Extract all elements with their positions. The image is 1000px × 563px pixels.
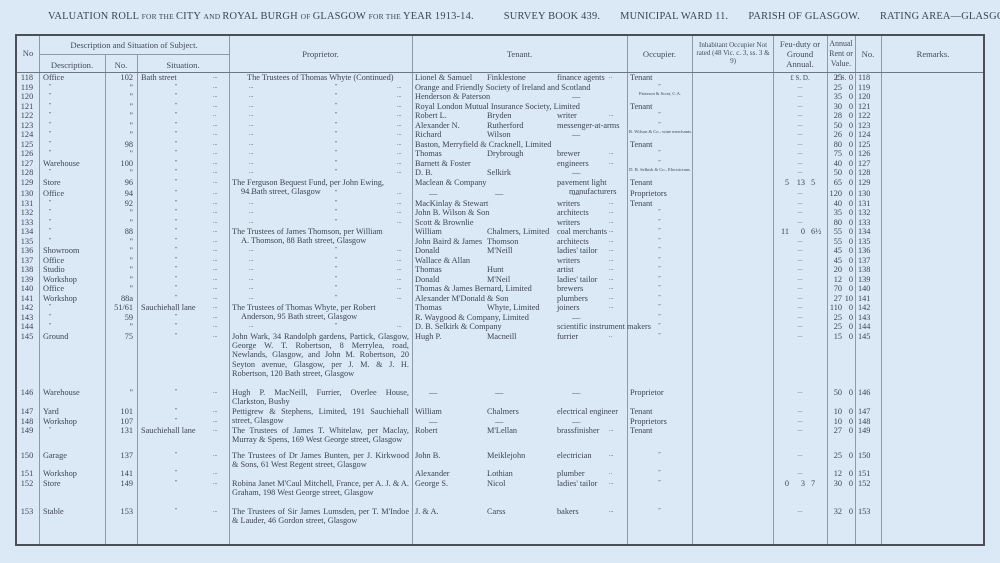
rent-shillings: 0: [844, 256, 853, 265]
rent-pounds: 27: [825, 294, 842, 303]
street-number: ": [105, 92, 133, 101]
rent-pounds: 20: [825, 265, 842, 274]
description: ": [49, 130, 51, 139]
occupier: ": [627, 275, 692, 284]
tenant-dots: ..: [609, 73, 612, 82]
description: Stable: [43, 507, 64, 516]
rent-shillings: 0: [844, 178, 853, 187]
rent-pounds: 50: [825, 168, 842, 177]
rent-pounds: 25: [825, 451, 842, 460]
rent-pounds: 27: [825, 426, 842, 435]
tenant-name: Robert L.: [415, 111, 447, 120]
tenant-dots: ...: [609, 159, 614, 168]
situation: ": [175, 149, 177, 158]
rent-shillings: 0: [844, 111, 853, 120]
row-number-right: 128: [858, 168, 870, 177]
row-number: 142: [17, 303, 37, 312]
occupier: ": [627, 294, 692, 303]
tenant-dots: ...: [609, 479, 614, 488]
row-number-right: 122: [858, 111, 870, 120]
tenant-surname: —: [495, 417, 503, 426]
street-number: ": [105, 246, 133, 255]
occupier: ": [627, 479, 692, 488]
row-number: 129: [17, 178, 37, 187]
occupier: ": [627, 149, 692, 158]
rent-shillings: 0: [844, 246, 853, 255]
situation-dots: ...: [213, 189, 218, 198]
situation-dots: ...: [213, 159, 218, 168]
situation: ": [175, 227, 177, 236]
situation: ": [175, 199, 177, 208]
row-number: 136: [17, 246, 37, 255]
proprietor-dots: ...: [397, 208, 402, 217]
situation-dots: ...: [213, 178, 218, 187]
title-fragment: FOR THE: [369, 12, 403, 21]
proprietor-dots: ...: [249, 159, 254, 168]
tenant-dots: ...: [609, 149, 614, 158]
feu-pounds: 5: [775, 178, 789, 187]
tenant-name: Thomas: [415, 265, 442, 274]
row-number-right: 130: [858, 189, 870, 198]
proprietor-dots: ...: [397, 159, 402, 168]
tenant-trade: writers: [557, 218, 580, 227]
rent-pounds: 110: [825, 303, 842, 312]
tenant-name: Orange and Friendly Society of Ireland a…: [415, 83, 590, 92]
row-number: 147: [17, 407, 37, 416]
rent-pounds: 55: [825, 237, 842, 246]
tenant-name: Alexander: [415, 469, 450, 478]
rent-pounds: 25: [825, 313, 842, 322]
description: Ground: [43, 332, 68, 341]
tenant-trade: electrical engineer: [557, 407, 618, 416]
tenant-name: Wallace & Allan: [415, 256, 470, 265]
proprietor-dots: ...: [249, 199, 254, 208]
row-number-right: 118: [858, 73, 870, 82]
tenant-name: MacKinlay & Stewart: [415, 199, 488, 208]
proprietor-ditto: ": [335, 294, 337, 303]
proprietor-dots: ...: [249, 275, 254, 284]
feu-duty: ...: [773, 130, 827, 139]
occupier: ": [627, 246, 692, 255]
row-number: 145: [17, 332, 37, 341]
proprietor-dots: ...: [397, 140, 402, 149]
tenant-trade: brassfinisher: [557, 426, 599, 435]
tenant-name: D. B.: [415, 168, 433, 177]
situation-dots: ...: [213, 332, 218, 341]
rent-shillings: 10: [844, 294, 853, 303]
situation: ": [175, 92, 177, 101]
street-number: ": [105, 149, 133, 158]
tenant-dots: ..: [609, 469, 612, 478]
rent-shillings: 0: [844, 199, 853, 208]
tenant-dots: ...: [609, 256, 614, 265]
rent-shillings: 0: [844, 275, 853, 284]
proprietor: The Trustees of James Thomson, per Willi…: [232, 227, 383, 236]
row-number: 132: [17, 208, 37, 217]
situation: ": [175, 208, 177, 217]
rule: [137, 55, 138, 544]
street-number: ": [105, 130, 133, 139]
row-number: 124: [17, 130, 37, 139]
col-header-number: No.: [105, 60, 137, 70]
tenant-surname: Wilson: [487, 130, 511, 139]
feu-pounds: 11: [775, 227, 789, 236]
description: ": [49, 208, 51, 217]
situation: ": [175, 102, 177, 111]
feu-pence: 5: [811, 178, 815, 187]
street-number: 75: [105, 332, 133, 341]
feu-duty: ...: [773, 322, 827, 331]
rule: [39, 54, 229, 55]
proprietor-cont: Anderson, 95 Bath street, Glasgow: [241, 312, 357, 321]
proprietor: The Trustees of Thomas Whyte, per Robert: [232, 303, 376, 312]
proprietor-ditto: ": [335, 168, 337, 177]
col-header-occupier: Occupier.: [627, 49, 692, 59]
title-fragment: ROYAL BURGH: [222, 11, 300, 22]
row-number: 123: [17, 121, 37, 130]
situation-dots: ...: [213, 130, 218, 139]
situation: ": [175, 275, 177, 284]
street-number: ": [105, 111, 133, 120]
rent-pounds: 75: [825, 149, 842, 158]
street-number: 102: [105, 73, 133, 82]
street-number: 153: [105, 507, 133, 516]
description: Warehouse: [43, 388, 80, 397]
rent-pounds: 35: [825, 92, 842, 101]
rent-shillings: 0: [844, 73, 853, 82]
description: Showroom: [43, 246, 79, 255]
rent-pounds: 70: [825, 284, 842, 293]
feu-duty: ...: [773, 92, 827, 101]
situation: ": [175, 322, 177, 331]
tenant-name: D. B. Selkirk & Company: [415, 322, 502, 331]
rating-area: RATING AREA—GLASGOW.: [880, 11, 1000, 22]
rent-pounds: 10: [825, 417, 842, 426]
tenant-name: John B. Wilson & Son: [415, 208, 489, 217]
situation-dots: ...: [213, 507, 218, 516]
street-number: 88a: [105, 294, 133, 303]
row-number-right: 125: [858, 140, 870, 149]
col-header-no-right: No.: [855, 49, 881, 59]
feu-duty: ...: [773, 246, 827, 255]
tenant-surname: Finklestone: [487, 73, 526, 82]
occupier: Proprietors: [630, 189, 667, 198]
rent-shillings: 0: [844, 265, 853, 274]
tenant-dots: ..: [609, 332, 612, 341]
occupier: ": [627, 111, 692, 120]
row-number: 141: [17, 294, 37, 303]
row-number: 133: [17, 218, 37, 227]
description: ": [49, 322, 51, 331]
row-number: 119: [17, 83, 37, 92]
proprietor-dots: ...: [249, 246, 254, 255]
situation: ": [175, 507, 177, 516]
feu-duty: ...: [773, 332, 827, 341]
street-number: 141: [105, 469, 133, 478]
proprietor-dots: ...: [397, 322, 402, 331]
rent-shillings: 0: [844, 237, 853, 246]
description: Store: [43, 178, 61, 187]
situation-dots: ...: [213, 102, 218, 111]
tenant-trade: architects: [557, 208, 589, 217]
street-number: ": [105, 256, 133, 265]
situation: ": [175, 256, 177, 265]
rent-pounds: 55: [825, 227, 842, 236]
row-number: 131: [17, 199, 37, 208]
tenant-dots: ...: [609, 218, 614, 227]
proprietor-dots: ...: [397, 199, 402, 208]
row-number-right: 131: [858, 199, 870, 208]
occupier: Tenant: [630, 426, 652, 435]
row-number-right: 120: [858, 92, 870, 101]
proprietor-dots: ...: [249, 130, 254, 139]
row-number-right: 140: [858, 284, 870, 293]
tenant-dots: ...: [609, 426, 614, 435]
street-number: ": [105, 121, 133, 130]
tenant-dots: ...: [609, 275, 614, 284]
tenant-surname: M'Neil: [487, 275, 510, 284]
tenant-surname: Chalmers: [487, 407, 519, 416]
tenant-name: George S.: [415, 479, 448, 488]
tenant-trade: writer: [557, 111, 577, 120]
tenant-trade: plumbers: [557, 294, 588, 303]
rent-shillings: 0: [844, 159, 853, 168]
rent-pounds: 45: [825, 256, 842, 265]
street-number: ": [105, 102, 133, 111]
description: Office: [43, 73, 64, 82]
tenant-surname: M'Neill: [487, 246, 512, 255]
tenant-dots: ...: [609, 227, 614, 236]
tenant-trade: —: [572, 417, 580, 426]
description: Office: [43, 284, 64, 293]
tenant-name: Thomas: [415, 303, 442, 312]
col-header-tenant: Tenant.: [412, 49, 627, 59]
occupier: ": [627, 284, 692, 293]
situation-dots: ...: [213, 92, 218, 101]
street-number: 98: [105, 140, 133, 149]
col-header-desc-group: Description and Situation of Subject.: [39, 40, 229, 50]
street-number: 92: [105, 199, 133, 208]
situation-dots: ...: [213, 313, 218, 322]
feu-duty: ...: [773, 507, 827, 516]
col-header-proprietor: Proprietor.: [229, 49, 412, 59]
rent-shillings: 0: [844, 469, 853, 478]
tenant-dots: ...: [609, 303, 614, 312]
situation-dots: ...: [213, 417, 218, 426]
occupier: ": [627, 208, 692, 217]
proprietor-dots: ...: [397, 121, 402, 130]
tenant-name: Donald: [415, 246, 439, 255]
situation: ": [175, 178, 177, 187]
description: ": [49, 313, 51, 322]
situation-dots: ...: [213, 275, 218, 284]
occupier-note: D. B. Selkirk & Co., Electricians.: [629, 167, 691, 172]
tenant-trade: writers: [557, 256, 580, 265]
tenant-surname: Selkirk: [487, 168, 511, 177]
description: ": [49, 426, 51, 435]
tenant-surname: —: [495, 189, 503, 198]
row-number: 135: [17, 237, 37, 246]
proprietor-dots: ...: [249, 284, 254, 293]
tenant-dots: ...: [609, 265, 614, 274]
row-number-right: 141: [858, 294, 870, 303]
row-number-right: 152: [858, 479, 870, 488]
occupier: Tenant: [630, 178, 652, 187]
rent-shillings: 0: [844, 407, 853, 416]
row-number: 118: [17, 73, 37, 82]
row-number-right: 135: [858, 237, 870, 246]
row-number-right: 138: [858, 265, 870, 274]
street-number: 101: [105, 407, 133, 416]
feu-duty: ...: [773, 388, 827, 397]
row-number-right: 144: [858, 322, 870, 331]
situation: ": [175, 451, 177, 460]
page-header: VALUATION ROLL FOR THE CITY AND ROYAL BU…: [48, 11, 988, 22]
rent-shillings: 0: [844, 140, 853, 149]
rent-shillings: 0: [844, 303, 853, 312]
street-number: 88: [105, 227, 133, 236]
description: Workshop: [43, 469, 77, 478]
proprietor-dots: ...: [249, 149, 254, 158]
rent-shillings: 0: [844, 451, 853, 460]
situation: ": [175, 332, 177, 341]
feu-duty: ...: [773, 417, 827, 426]
tenant-trade: —: [572, 130, 580, 139]
row-number: 152: [17, 479, 37, 488]
rent-shillings: 0: [844, 479, 853, 488]
tenant-trade: electrician: [557, 451, 592, 460]
row-number-right: 146: [858, 388, 870, 397]
tenant-name: —: [429, 417, 437, 426]
row-number-right: 151: [858, 469, 870, 478]
row-number-right: 137: [858, 256, 870, 265]
tenant-dots: ...: [609, 208, 614, 217]
tenant-surname: Nicol: [487, 479, 505, 488]
row-number: 138: [17, 265, 37, 274]
row-number: 120: [17, 92, 37, 101]
proprietor-cont: A. Thomson, 88 Bath street, Glasgow: [241, 236, 366, 245]
proprietor-dots: ...: [397, 218, 402, 227]
description: ": [49, 218, 51, 227]
proprietor-ditto: ": [335, 189, 337, 198]
row-number-right: 136: [858, 246, 870, 255]
tenant-name: Hugh P.: [415, 332, 441, 341]
proprietor-dots: ...: [397, 130, 402, 139]
description: Warehouse: [43, 159, 80, 168]
description: Workshop: [43, 294, 77, 303]
row-number-right: 127: [858, 159, 870, 168]
feu-duty: ...: [773, 149, 827, 158]
proprietor: The Trustees of Thomas Whyte (Continued): [247, 73, 394, 82]
rent-shillings: 0: [844, 189, 853, 198]
proprietor-dots: ...: [249, 168, 254, 177]
rent-pounds: 35: [825, 208, 842, 217]
proprietor-dots: ...: [249, 265, 254, 274]
row-number-right: 150: [858, 451, 870, 460]
proprietor-ditto: ": [335, 92, 337, 101]
situation: ": [175, 417, 177, 426]
proprietor-dots: ...: [249, 92, 254, 101]
rent-pounds: 25: [825, 322, 842, 331]
rent-pounds: 12: [825, 275, 842, 284]
tenant-trade: ladies' tailor: [557, 479, 597, 488]
rent-shillings: 0: [844, 417, 853, 426]
title-fragment: YEAR 1913-14.: [403, 11, 474, 22]
occupier: ": [627, 322, 692, 331]
situation-dots: ...: [213, 388, 218, 397]
situation: ": [175, 388, 177, 397]
proprietor-dots: ...: [397, 102, 402, 111]
tenant-dots: ...: [609, 199, 614, 208]
situation: ": [175, 130, 177, 139]
feu-duty: ...: [773, 237, 827, 246]
feu-duty: ...: [773, 140, 827, 149]
proprietor: The Trustees of Sir James Lumsden, per T…: [232, 507, 409, 526]
rent-pounds: 25: [825, 73, 842, 82]
tenant-trade: —: [572, 168, 580, 177]
row-number: 143: [17, 313, 37, 322]
occupier-note: R. Wilson & Co., wine merchants.: [629, 129, 691, 134]
situation-dots: ...: [213, 322, 218, 331]
row-number: 122: [17, 111, 37, 120]
feu-duty: ...: [773, 275, 827, 284]
proprietor-ditto: ": [335, 246, 337, 255]
tenant-surname: Bryden: [487, 111, 511, 120]
proprietor-ditto: ": [335, 83, 337, 92]
tenant-surname: M'Lellan: [487, 426, 517, 435]
rent-pounds: 32: [825, 507, 842, 516]
situation: ": [175, 237, 177, 246]
tenant-trade: artist: [557, 265, 574, 274]
feu-pence: 6½: [811, 227, 821, 236]
proprietor: The Trustees of Dr James Bunten, per J. …: [232, 451, 409, 470]
feu-duty: ...: [773, 199, 827, 208]
description: ": [49, 237, 51, 246]
tenant-name: Royal London Mutual Insurance Society, L…: [415, 102, 580, 111]
tenant-name: Scott & Brownlie: [415, 218, 474, 227]
row-number: 150: [17, 451, 37, 460]
occupier: ": [627, 507, 692, 516]
rent-shillings: 0: [844, 149, 853, 158]
tenant-name: John B.: [415, 451, 440, 460]
rent-pounds: 12: [825, 469, 842, 478]
tenant-dots: ...: [609, 284, 614, 293]
proprietor-ditto: ": [335, 322, 337, 331]
row-number: 121: [17, 102, 37, 111]
rule: [229, 36, 230, 544]
description: ": [49, 199, 51, 208]
rent-shillings: 0: [844, 168, 853, 177]
situation: ": [175, 168, 177, 177]
situation-dots: ...: [213, 218, 218, 227]
proprietor-dots: ...: [249, 322, 254, 331]
rent-pounds: 30: [825, 102, 842, 111]
rule: [855, 36, 856, 544]
situation-dots: ...: [213, 237, 218, 246]
tenant-name: Thomas: [415, 149, 442, 158]
tenant-name: R. Waygood & Company, Limited: [415, 313, 529, 322]
situation-dots: ..: [213, 111, 216, 120]
proprietor-dots: ...: [397, 189, 402, 198]
proprietor-dots: ...: [397, 149, 402, 158]
occupier-note: Paterson & Scott, C.A.: [629, 91, 691, 96]
rent-pounds: 80: [825, 218, 842, 227]
description: ": [49, 121, 51, 130]
tenant-surname: Hunt: [487, 265, 504, 274]
proprietor-dots: ...: [249, 256, 254, 265]
row-number: 151: [17, 469, 37, 478]
situation: ": [175, 265, 177, 274]
